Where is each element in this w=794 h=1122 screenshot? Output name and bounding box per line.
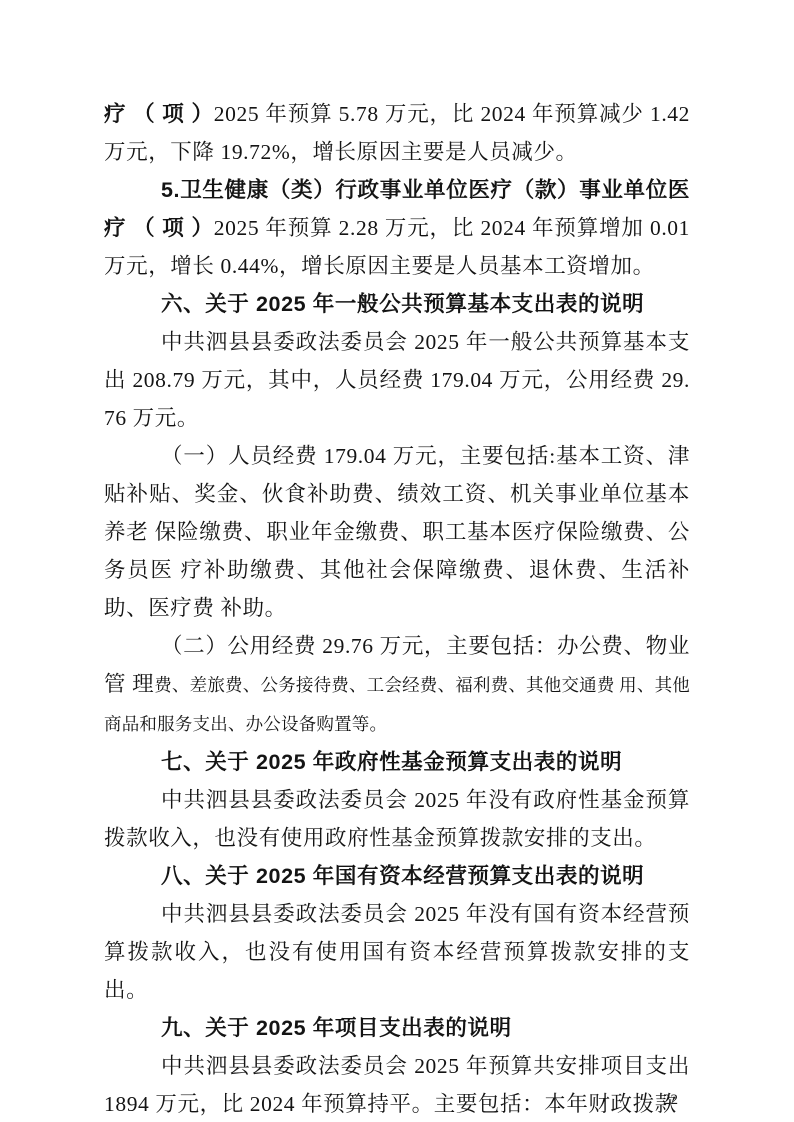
text-run: 六、关于 2025 年一般公共预算基本支出表的说明 [161,292,644,316]
text-run: 八、关于 2025 年国有资本经营预算支出表的说明 [161,864,644,888]
paragraph: 5.卫生健康（类）行政事业单位医疗（款）事业单位医疗 （ 项 ）2025 年预算… [104,171,690,285]
text-run: 中共泗县县委政法委员会 2025 年没有国有资本经营预算拨款收入，也没有使用国有… [104,902,690,1002]
text-run: 九、关于 2025 年项目支出表的说明 [161,1016,512,1040]
section-heading: 八、关于 2025 年国有资本经营预算支出表的说明 [104,857,690,895]
section-heading: 七、关于 2025 年政府性基金预算支出表的说明 [104,743,690,781]
paragraph: 疗 （ 项 ）2025 年预算 5.78 万元，比 2024 年预算减少 1.4… [104,95,690,171]
text-run: 中共泗县县委政法委员会 2025 年没有政府性基金预算拨款收入，也没有使用政府性… [104,788,690,850]
paragraph: 中共泗县县委政法委员会 2025 年没有政府性基金预算拨款收入，也没有使用政府性… [104,781,690,857]
document-page: 疗 （ 项 ）2025 年预算 5.78 万元，比 2024 年预算减少 1.4… [0,0,794,1122]
page-number: 22 [663,1092,678,1109]
text-run: 疗 （ 项 ） [104,102,214,126]
text-run: 费、差旅费、公务接待费、工会经费、福利费、其他交通费 用、其他商品和服务支出、办… [104,675,690,734]
section-heading: 九、关于 2025 年项目支出表的说明 [104,1009,690,1047]
paragraph: （一）人员经费 179.04 万元，主要包括:基本工资、津贴补贴、奖金、伙食补助… [104,437,690,627]
text-run: （一）人员经费 179.04 万元，主要包括:基本工资、津贴补贴、奖金、伙食补助… [104,444,690,620]
section-heading: 六、关于 2025 年一般公共预算基本支出表的说明 [104,285,690,323]
text-run: 七、关于 2025 年政府性基金预算支出表的说明 [161,750,622,774]
text-run: 中共泗县县委政法委员会 2025 年一般公共预算基本支出 208.79 万元，其… [104,330,690,430]
paragraph: 中共泗县县委政法委员会 2025 年一般公共预算基本支出 208.79 万元，其… [104,323,690,437]
paragraph: （二）公用经费 29.76 万元，主要包括：办公费、物业管 理费、差旅费、公务接… [104,627,690,743]
document-content: 疗 （ 项 ）2025 年预算 5.78 万元，比 2024 年预算减少 1.4… [104,95,690,1122]
paragraph: 中共泗县县委政法委员会 2025 年没有国有资本经营预算拨款收入，也没有使用国有… [104,895,690,1009]
text-run: 中共泗县县委政法委员会 2025 年预算共安排项目支出 1894 万元，比 20… [104,1054,690,1116]
paragraph: 中共泗县县委政法委员会 2025 年预算共安排项目支出 1894 万元，比 20… [104,1047,690,1122]
